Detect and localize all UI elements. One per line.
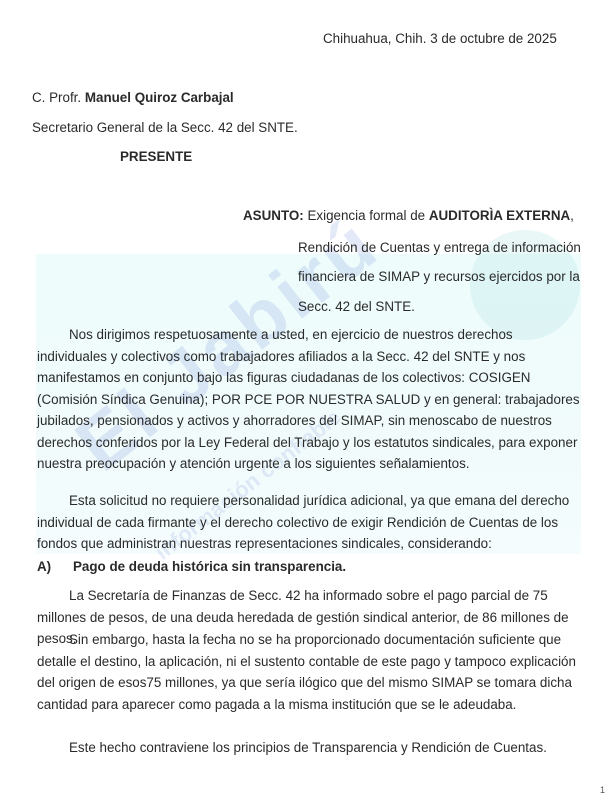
body-paragraph-1: Nos dirigimos respetuosamente a usted, e… <box>37 324 582 475</box>
paragraph-2-text: Esta solicitud no requiere personalidad … <box>37 493 569 551</box>
subject-line-4: Secc. 42 del SNTE. <box>298 299 415 315</box>
page-number: 1 <box>600 782 605 798</box>
body-paragraph-2: Esta solicitud no requiere personalidad … <box>37 490 582 555</box>
subject-emphasis: AUDITORÌA EXTERNA <box>429 208 570 223</box>
paragraph-5-text: Este hecho contraviene los principios de… <box>69 740 547 755</box>
subject-text: Exigencia formal de <box>304 208 429 223</box>
presente-label: PRESENTE <box>120 149 192 165</box>
letter-date: Chihuahua, Chih. 3 de octubre de 2025 <box>323 31 557 47</box>
subject-line-2: Rendición de Cuentas y entrega de inform… <box>298 240 581 256</box>
paragraph-4-text: Sin embargo, hasta la fecha no se ha pro… <box>37 632 576 712</box>
recipient-line: C. Profr. Manuel Quiroz Carbajal <box>32 90 234 106</box>
subject-label: ASUNTO: <box>243 208 304 223</box>
section-title: Pago de deuda histórica sin transparenci… <box>73 559 346 574</box>
subject-punct: , <box>570 208 574 223</box>
recipient-prefix: C. Profr. <box>32 90 85 105</box>
recipient-name: Manuel Quiroz Carbajal <box>85 90 234 105</box>
section-letter: A) <box>37 559 73 575</box>
subject-line-3: financiera de SIMAP y recursos ejercidos… <box>298 269 580 285</box>
subject-line-1: ASUNTO: Exigencia formal de AUDITORÌA EX… <box>243 208 574 224</box>
body-paragraph-4: Sin embargo, hasta la fecha no se ha pro… <box>37 629 582 715</box>
recipient-position: Secretario General de la Secc. 42 del SN… <box>32 120 298 136</box>
section-a-heading: A)Pago de deuda histórica sin transparen… <box>37 559 346 575</box>
paragraph-1-text: Nos dirigimos respetuosamente a usted, e… <box>37 327 580 471</box>
body-paragraph-5: Este hecho contraviene los principios de… <box>37 737 582 759</box>
